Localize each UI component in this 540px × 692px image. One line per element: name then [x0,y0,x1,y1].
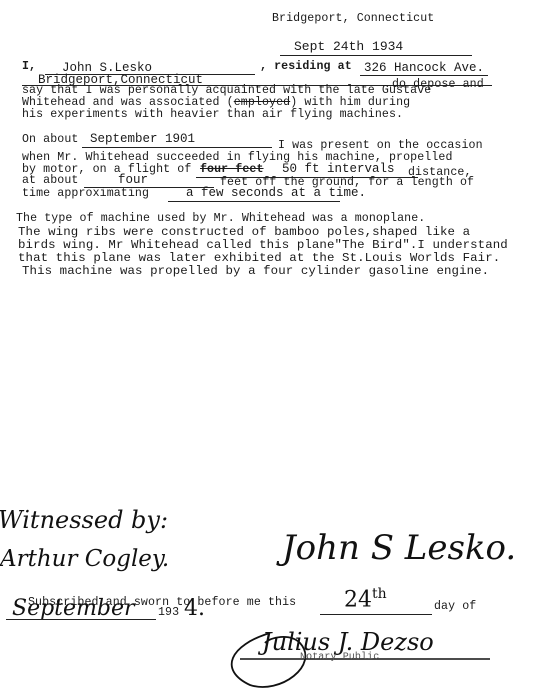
address-field: 326 Hancock Ave. [364,61,484,75]
day-number: 24 [344,587,372,612]
affiant-signature: John S Lesko. [282,528,516,568]
intro-prefix: I, [22,60,36,74]
event-line-1-label: On about [22,133,78,147]
affidavit-line-3-right: do depose and [392,78,484,92]
notary-year-digit: 4. [184,596,205,621]
notary-day-of: day of [434,600,476,614]
event-line-5-prefix: time approximating [22,187,149,201]
month-underline [6,619,156,620]
duration-field: a few seconds at a time. [186,186,366,200]
event-distance-field: 50 ft intervals [282,162,395,176]
description-line: The wing ribs were constructed of bamboo… [18,225,470,239]
event-date-field: September 1901 [90,132,195,146]
affidavit-line-5: his experiments with heavier than air fl… [22,108,403,122]
height-field: four [118,173,148,187]
duration-underline [168,201,340,202]
document-place: Bridgeport, Connecticut [272,12,434,26]
notary-month-field: September [12,596,135,621]
event-line-4-prefix: at about [22,174,78,188]
event-date-underline [82,147,272,148]
description-line: The type of machine used by Mr. Whitehea… [16,212,425,226]
notary-year-prefix: 193 [158,606,179,620]
witness-signature: Arthur Cogley. [0,546,169,572]
residing-label: , residing at [260,60,352,74]
event-struck-distance: four feet [200,163,264,177]
date-underline [280,55,472,56]
description-line: that this plane was later exhibited at t… [18,251,500,265]
document-date: Sept 24th 1934 [294,39,403,54]
notary-day-field: 24th [344,586,387,612]
day-suffix: th [372,586,387,602]
description-line: This machine was propelled by a four cyl… [22,264,489,278]
notary-title: Notary Public [300,651,379,665]
address-underline [360,75,488,76]
day-underline [320,614,432,615]
witness-label-handwritten: Witnessed by: [0,506,168,534]
description-line: birds wing. Mr Whitehead called this pla… [18,238,508,252]
